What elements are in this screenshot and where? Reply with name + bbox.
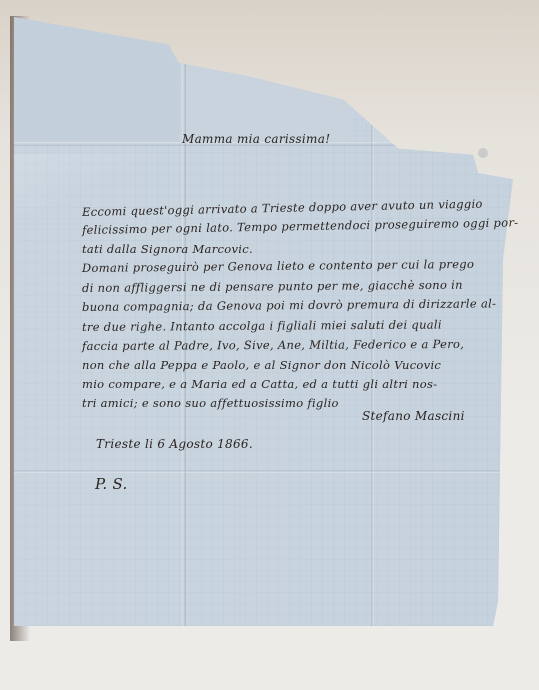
place-date: Trieste li 6 Agosto 1866. <box>96 437 253 451</box>
postscript: P. S. <box>95 475 128 493</box>
body-line: mio compare, e a Maria ed a Catta, ed a … <box>82 377 437 391</box>
body-line: felicissimo per ogni lato. Tempo permett… <box>82 215 519 237</box>
body-line: Domani proseguirò per Genova lieto e con… <box>82 257 474 275</box>
body-line: tati dalla Signora Marcovic. <box>82 242 253 256</box>
body-line: buona compagnia; da Genova poi mi dovrò … <box>82 296 496 314</box>
body-line: non che alla Peppa e Paolo, e al Signor … <box>82 358 441 372</box>
body-line: tre due righe. Intanto accolga i figlial… <box>82 317 442 334</box>
signature: Stefano Mascini <box>362 409 465 423</box>
body-line: di non affliggersi ne di pensare punto p… <box>82 278 463 295</box>
handwritten-letter: Mamma mia carissima! Eccomi quest'oggi a… <box>0 0 539 690</box>
salutation: Mamma mia carissima! <box>182 132 330 146</box>
body-line: faccia parte al Padre, Ivo, Sive, Ane, M… <box>82 337 464 353</box>
body-line: Eccomi quest'oggi arrivato a Trieste dop… <box>82 197 483 219</box>
body-line: tri amici; e sono suo affettuosissimo fi… <box>82 396 339 410</box>
